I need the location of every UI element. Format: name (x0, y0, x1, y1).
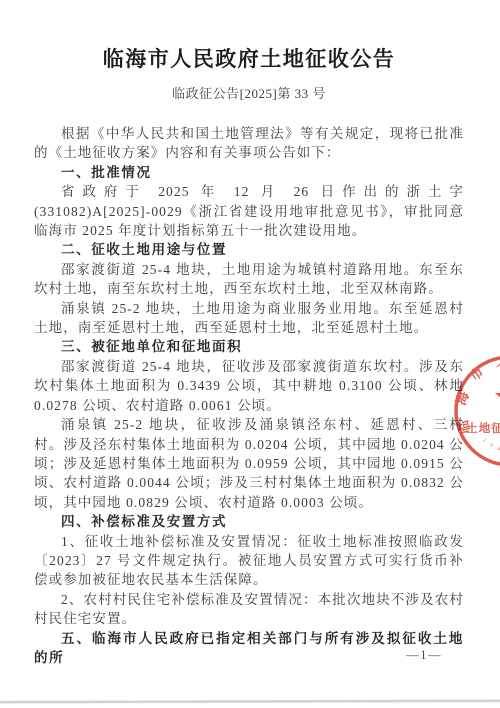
section-heading-1: 一、批准情况 (34, 163, 464, 182)
paragraph-intro: 根据《中华人民共和国土地管理法》等有关规定，现将已批准的《土地征收方案》内容和有… (34, 124, 464, 163)
scan-bottom-edge (0, 699, 500, 703)
paragraph-parcel-25-2-location: 涌泉镇 25-2 地块，土地用途为商业服务业用地。东至延恩村土地，南至延恩村土地… (34, 299, 464, 338)
paragraph-approval: 省政府于 2025 年 12 月 26 日作出的浙土字(331082)A[202… (34, 182, 464, 240)
section-heading-5: 五、临海市人民政府已指定相关部门与所有涉及拟征收土地的所 (34, 629, 464, 668)
svg-text:1 0 8 2 3 1 0: 1 0 8 2 3 1 0 (482, 437, 500, 452)
doc-number: 临政征公告[2025]第 33 号 (34, 86, 464, 101)
seal-star-icon (495, 382, 500, 411)
scanned-document-page: 临海市人民政府土地征收公告 临政征公告[2025]第 33 号 根据《中华人民共… (0, 0, 500, 708)
paragraph-parcel-25-4-area: 邵家渡街道 25-4 地块，征收涉及邵家渡街道东坎村。涉及东坎村集体土地面积为 … (34, 357, 464, 415)
section-heading-4: 四、补偿标准及安置方式 (34, 512, 464, 531)
section-heading-3: 三、被征地单位和征地面积 (34, 337, 464, 356)
paragraph-compensation-1: 1、征收土地补偿标准及安置情况：征收土地标准按照临政发〔2023〕27 号文件规… (34, 532, 464, 590)
seal-bottom-text: 土地征收专用章 (466, 421, 500, 435)
document-content: 临海市人民政府土地征收公告 临政征公告[2025]第 33 号 根据《中华人民共… (34, 0, 464, 667)
section-heading-2: 二、征收土地用途与位置 (34, 240, 464, 259)
official-seal: 临海市人民政府 土地征收专用章 1 0 8 2 3 1 0 (435, 336, 500, 486)
paragraph-parcel-25-4-location: 邵家渡街道 25-4 地块，土地用途为城镇村道路用地。东至东坎村土地，南至东坎村… (34, 260, 464, 299)
page-title: 临海市人民政府土地征收公告 (34, 46, 464, 73)
paragraph-compensation-2: 2、农村村民住宅补偿标准及安置情况：本批次地块不涉及农村村民住宅安置。 (34, 590, 464, 629)
paragraph-parcel-25-2-area: 涌泉镇 25-2 地块，征收涉及涌泉镇泾东村、延恩村、三村村。涉及泾东村集体土地… (34, 415, 464, 512)
seal-serial-text: 1 0 8 2 3 1 0 (482, 437, 500, 452)
page-number: —1— (406, 648, 442, 663)
document-body: 根据《中华人民共和国土地管理法》等有关规定，现将已批准的《土地征收方案》内容和有… (34, 124, 464, 667)
